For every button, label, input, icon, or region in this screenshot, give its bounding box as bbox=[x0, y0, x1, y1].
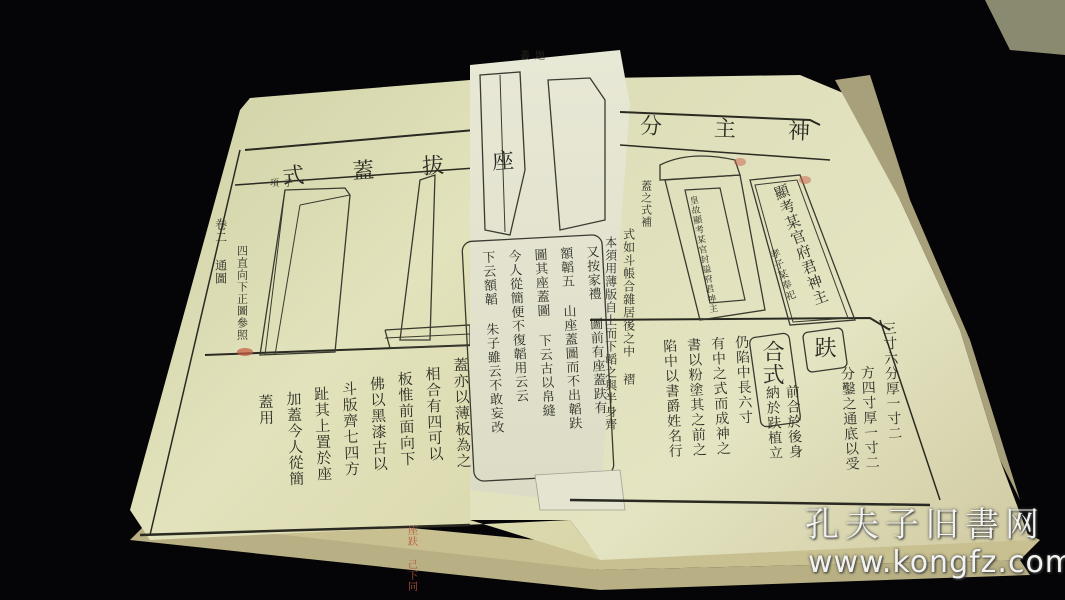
text-column: 陷中以書爵姓名行 bbox=[661, 338, 682, 459]
text-column: 下云額韜 朱子雖云不敢妄改 bbox=[480, 250, 503, 434]
text-column: 蓋用 bbox=[256, 394, 273, 427]
margin-note: 四直向下正圖參照 bbox=[236, 245, 248, 341]
text-column: 加蓋今人從簡 bbox=[284, 391, 303, 487]
flap-header: 叢 題 bbox=[520, 52, 546, 63]
text-column: 蓋之式補 bbox=[640, 180, 652, 228]
side-label: 卷二 通圖 bbox=[214, 218, 227, 285]
text-column: 方四寸厚一寸二 bbox=[859, 365, 879, 471]
background-book-corner bbox=[985, 0, 1065, 55]
title-char: 座 bbox=[491, 145, 563, 175]
text-column: 趾其上置於座 bbox=[312, 386, 331, 482]
text-column: 額韜五 山座蓋圖而不出韜趺 bbox=[557, 246, 580, 430]
text-column: 本須用薄版自上而下韜之與半身齊 bbox=[604, 236, 617, 431]
text-column: 式如斗帳合雜居後之中 褶 bbox=[622, 228, 635, 386]
text-column: 蓋亦以薄板為之 bbox=[451, 357, 471, 469]
text-column: 納於趺植立 bbox=[764, 385, 783, 461]
text-column: 仍陷中長六寸 bbox=[733, 335, 752, 426]
watermark-url: www.kongfz.com bbox=[808, 545, 1065, 580]
text-column: 斗版齊七四方 bbox=[340, 381, 359, 477]
text-column: 書以粉塗其之前之 bbox=[685, 337, 706, 458]
title-char: 蓋 bbox=[351, 155, 423, 185]
text-column: 有中之式而成神之 bbox=[709, 336, 730, 457]
right-body-text: 三寸六分厚一寸二 方四寸厚一寸二 分鑿之通底以受 前合於後身 納於趺植立 仍陷中… bbox=[655, 319, 904, 511]
text-column: 相合有四可以 bbox=[424, 366, 443, 462]
title-char: 主 bbox=[714, 117, 789, 145]
title-char: 分 bbox=[640, 114, 715, 142]
diagram-label: 項 子 bbox=[270, 180, 294, 189]
watermark-site-name: 孔夫子旧書网 bbox=[805, 497, 1045, 546]
left-body-text: 蓋亦以薄板為之 相合有四可以 板惟前面向下 佛以黑漆古以 斗版齊七四方 趾其上置… bbox=[167, 357, 473, 532]
flap-boxed-text: 又按家禮 圖前有座蓋趺有 額韜五 山座蓋圖而不出韜趺 圖其座蓋圖 下云古以帛縫 … bbox=[469, 245, 611, 476]
text-column: 圖其座蓋圖 下云古以帛縫 bbox=[531, 248, 554, 418]
text-column: 前合於後身 bbox=[784, 384, 803, 460]
text-column: 佛以黑漆古以 bbox=[368, 376, 387, 472]
red-annotation: 座趺 己下同 bbox=[405, 525, 416, 592]
text-column: 今人從簡便不復韜用云云 bbox=[506, 249, 528, 404]
text-column: 分鑿之通底以受 bbox=[839, 366, 859, 472]
title-char: 神 bbox=[788, 119, 863, 147]
title-char: 拔 bbox=[421, 150, 493, 180]
text-column: 板惟前面向下 bbox=[396, 371, 415, 467]
